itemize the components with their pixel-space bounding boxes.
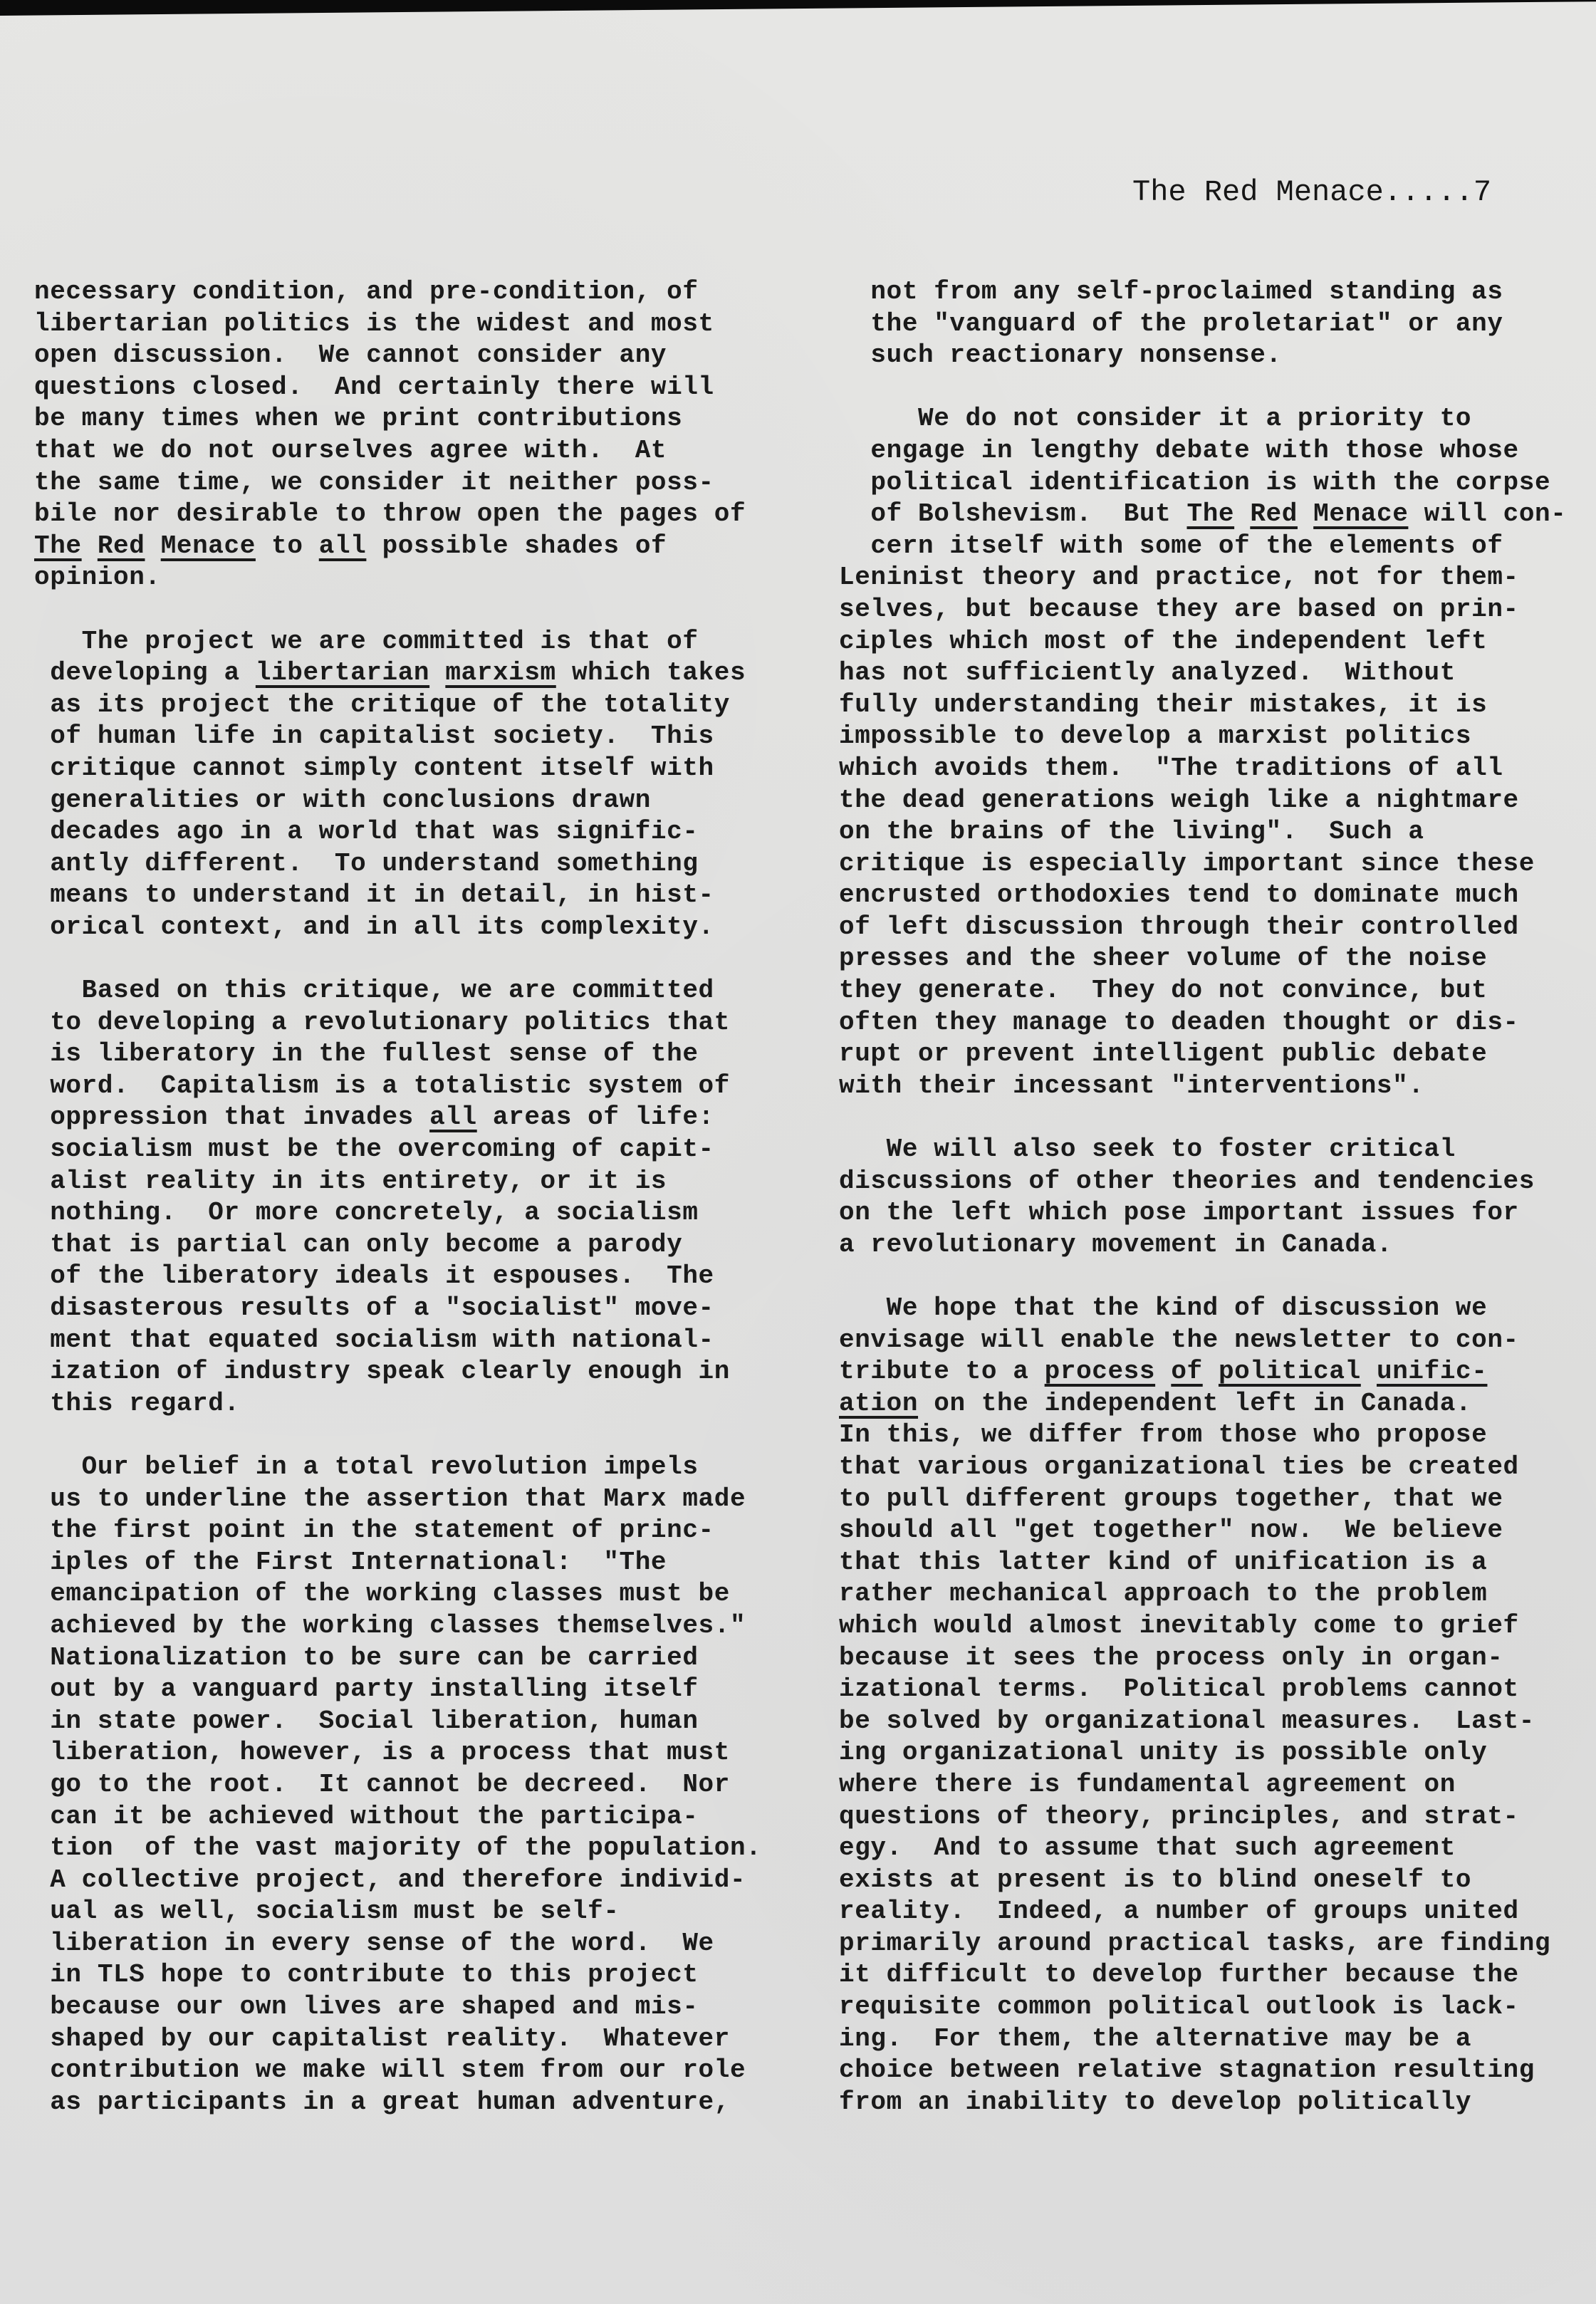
paragraph: We do not consider it a priority to enga… — [839, 403, 1580, 1102]
text-line: from an inability to develop politically — [839, 2087, 1580, 2119]
text-line: orical context, and in all its complexit… — [34, 912, 775, 944]
text-line: should all "get together" now. We believ… — [839, 1515, 1580, 1547]
text-line: libertarian politics is the widest and m… — [34, 308, 775, 340]
text-line: Based on this critique, we are committed — [34, 975, 775, 1007]
underlined-word: The — [34, 531, 82, 561]
text-line: rather mechanical approach to the proble… — [839, 1578, 1580, 1610]
text-line: of left discussion through their control… — [839, 912, 1580, 944]
text-line: oppression that invades all areas of lif… — [34, 1102, 775, 1134]
paragraph: We will also seek to foster criticaldisc… — [839, 1134, 1580, 1261]
text-line: they generate. They do not convince, but — [839, 975, 1580, 1007]
paragraph: We hope that the kind of discussion ween… — [839, 1293, 1580, 2118]
text-line: that various organizational ties be crea… — [839, 1451, 1580, 1484]
text-line: a revolutionary movement in Canada. — [839, 1229, 1580, 1261]
text-line: In this, we differ from those who propos… — [839, 1419, 1580, 1451]
text-line: such reactionary nonsense. — [839, 340, 1580, 372]
text-line: questions closed. And certainly there wi… — [34, 372, 775, 404]
text-line: on the left which pose important issues … — [839, 1197, 1580, 1229]
text-line: necessary condition, and pre-condition, … — [34, 276, 775, 308]
text-line: this regard. — [34, 1388, 775, 1420]
text-line: of human life in capitalist society. Thi… — [34, 721, 775, 753]
text-line: Leninist theory and practice, not for th… — [839, 562, 1580, 594]
text-line: egy. And to assume that such agreement — [839, 1833, 1580, 1865]
text-line: tion of the vast majority of the populat… — [34, 1833, 775, 1865]
text-line: has not sufficiently analyzed. Without — [839, 657, 1580, 689]
text-line: Nationalization to be sure can be carrie… — [34, 1642, 775, 1674]
text-line: impossible to develop a marxist politics — [839, 721, 1580, 753]
text-line: fully understanding their mistakes, it i… — [839, 689, 1580, 721]
text-line: developing a libertarian marxism which t… — [34, 657, 775, 689]
text-line: encrusted orthodoxies tend to dominate m… — [839, 880, 1580, 912]
underlined-word: ation — [839, 1389, 918, 1418]
underlined-word: of — [1171, 1357, 1202, 1386]
text-line: the "vanguard of the proletariat" or any — [839, 308, 1580, 340]
text-line: which would almost inevitably come to gr… — [839, 1610, 1580, 1642]
text-line: be many times when we print contribution… — [34, 403, 775, 435]
text-line: Our belief in a total revolution impels — [34, 1451, 775, 1484]
text-line: to developing a revolutionary politics t… — [34, 1007, 775, 1039]
text-line: liberation in every sense of the word. W… — [34, 1928, 775, 1960]
text-line: critique cannot simply content itself wi… — [34, 753, 775, 785]
underlined-word: process — [1045, 1357, 1155, 1386]
text-line: We hope that the kind of discussion we — [839, 1293, 1580, 1325]
text-line: envisage will enable the newsletter to c… — [839, 1325, 1580, 1357]
text-line: The project we are committed is that of — [34, 626, 775, 658]
running-head: The Red Menace.....7 — [1132, 175, 1491, 209]
text-line: in TLS hope to contribute to this projec… — [34, 1959, 775, 1991]
text-line: is liberatory in the fullest sense of th… — [34, 1038, 775, 1070]
text-line: critique is especially important since t… — [839, 848, 1580, 880]
text-line: generalities or with conclusions drawn — [34, 785, 775, 817]
text-line: questions of theory, principles, and str… — [839, 1801, 1580, 1833]
text-line: with their incessant "interventions". — [839, 1070, 1580, 1103]
text-line: as participants in a great human adventu… — [34, 2087, 775, 2119]
text-line: out by a vanguard party installing itsel… — [34, 1674, 775, 1706]
text-line: which avoids them. "The traditions of al… — [839, 753, 1580, 785]
text-line: liberation, however, is a process that m… — [34, 1737, 775, 1769]
text-line: it difficult to develop further because … — [839, 1959, 1580, 1991]
text-line: rupt or prevent intelligent public debat… — [839, 1038, 1580, 1070]
paragraph: necessary condition, and pre-condition, … — [34, 276, 775, 594]
text-line: achieved by the working classes themselv… — [34, 1610, 775, 1642]
text-line: presses and the sheer volume of the nois… — [839, 943, 1580, 975]
text-line: often they manage to deaden thought or d… — [839, 1007, 1580, 1039]
text-line: to pull different groups together, that … — [839, 1484, 1580, 1516]
text-line: that is partial can only become a parody — [34, 1229, 775, 1261]
text-line: that we do not ourselves agree with. At — [34, 435, 775, 467]
text-line: We do not consider it a priority to — [839, 403, 1580, 435]
text-line: ation on the independent left in Canada. — [839, 1388, 1580, 1420]
underlined-word: political — [1219, 1357, 1361, 1386]
text-line: shaped by our capitalist reality. Whatev… — [34, 2023, 775, 2055]
text-line: The Red Menace to all possible shades of — [34, 531, 775, 563]
text-line: nothing. Or more concretely, a socialism — [34, 1197, 775, 1229]
underlined-word: Menace — [1313, 499, 1408, 528]
text-line: reality. Indeed, a number of groups unit… — [839, 1896, 1580, 1928]
text-line: antly different. To understand something — [34, 848, 775, 880]
text-line: because it sees the process only in orga… — [839, 1642, 1580, 1674]
text-line: tribute to a process of political unific… — [839, 1356, 1580, 1388]
underlined-word: all — [429, 1103, 477, 1132]
paragraph: The project we are committed is that of … — [34, 626, 775, 944]
underlined-word: The — [1186, 499, 1234, 528]
text-line: ment that equated socialism with nationa… — [34, 1325, 775, 1357]
text-line: bile nor desirable to throw open the pag… — [34, 499, 775, 531]
text-line: alist reality in its entirety, or it is — [34, 1166, 775, 1198]
text-line: means to understand it in detail, in his… — [34, 880, 775, 912]
text-line: ual as well, socialism must be self- — [34, 1896, 775, 1928]
text-line: be solved by organizational measures. La… — [839, 1706, 1580, 1738]
text-line: where there is fundamental agreement on — [839, 1769, 1580, 1801]
paragraph: Our belief in a total revolution impels … — [34, 1451, 775, 2118]
text-line: requisite common political outlook is la… — [839, 1991, 1580, 2023]
underlined-word: marxism — [445, 658, 556, 687]
underlined-word: Red — [1250, 499, 1298, 528]
text-line: izational terms. Political problems cann… — [839, 1674, 1580, 1706]
text-line: contribution we make will stem from our … — [34, 2055, 775, 2087]
text-line: not from any self-proclaimed standing as — [839, 276, 1580, 308]
text-line: the same time, we consider it neither po… — [34, 467, 775, 499]
text-line: ing organizational unity is possible onl… — [839, 1737, 1580, 1769]
text-line: disasterous results of a "socialist" mov… — [34, 1293, 775, 1325]
text-line: political identification is with the cor… — [839, 467, 1580, 499]
paragraph: not from any self-proclaimed standing as… — [839, 276, 1580, 372]
text-line: open discussion. We cannot consider any — [34, 340, 775, 372]
text-line: ing. For them, the alternative may be a — [839, 2023, 1580, 2055]
text-line: of Bolshevism. But The Red Menace will c… — [839, 499, 1580, 531]
text-line: word. Capitalism is a totalistic system … — [34, 1070, 775, 1103]
text-line: iples of the First International: "The — [34, 1547, 775, 1579]
underlined-word: all — [319, 531, 367, 561]
text-line: discussions of other theories and tenden… — [839, 1166, 1580, 1198]
text-line: primarily around practical tasks, are fi… — [839, 1928, 1580, 1960]
text-line: on the brains of the living". Such a — [839, 816, 1580, 848]
text-line: can it be achieved without the participa… — [34, 1801, 775, 1833]
paragraph: Based on this critique, we are committed… — [34, 975, 775, 1419]
text-line: engage in lengthy debate with those whos… — [839, 435, 1580, 467]
text-line: that this latter kind of unification is … — [839, 1547, 1580, 1579]
text-line: as its project the critique of the total… — [34, 689, 775, 721]
text-line: opinion. — [34, 562, 775, 594]
text-line: ization of industry speak clearly enough… — [34, 1356, 775, 1388]
text-line: the first point in the statement of prin… — [34, 1515, 775, 1547]
text-line: socialism must be the overcoming of capi… — [34, 1134, 775, 1166]
underlined-word: Red — [98, 531, 145, 561]
scan-top-edge — [0, 0, 1596, 16]
text-line: choice between relative stagnation resul… — [839, 2055, 1580, 2087]
text-line: in state power. Social liberation, human — [34, 1706, 775, 1738]
text-line: of the liberatory ideals it espouses. Th… — [34, 1261, 775, 1293]
text-line: go to the root. It cannot be decreed. No… — [34, 1769, 775, 1801]
underlined-word: unific- — [1377, 1357, 1487, 1386]
text-line: decades ago in a world that was signific… — [34, 816, 775, 848]
text-line: selves, but because they are based on pr… — [839, 594, 1580, 626]
left-column: necessary condition, and pre-condition, … — [34, 276, 775, 2150]
underlined-word: Menace — [161, 531, 256, 561]
text-line: us to underline the assertion that Marx … — [34, 1484, 775, 1516]
text-line: We will also seek to foster critical — [839, 1134, 1580, 1166]
text-line: cern itself with some of the elements of — [839, 531, 1580, 563]
text-line: the dead generations weigh like a nightm… — [839, 785, 1580, 817]
text-line: A collective project, and therefore indi… — [34, 1865, 775, 1897]
right-column: not from any self-proclaimed standing as… — [839, 276, 1580, 2150]
text-line: because our own lives are shaped and mis… — [34, 1991, 775, 2023]
text-line: ciples which most of the independent lef… — [839, 626, 1580, 658]
text-line: exists at present is to blind oneself to — [839, 1865, 1580, 1897]
underlined-word: libertarian — [256, 658, 429, 687]
text-line: emancipation of the working classes must… — [34, 1578, 775, 1610]
